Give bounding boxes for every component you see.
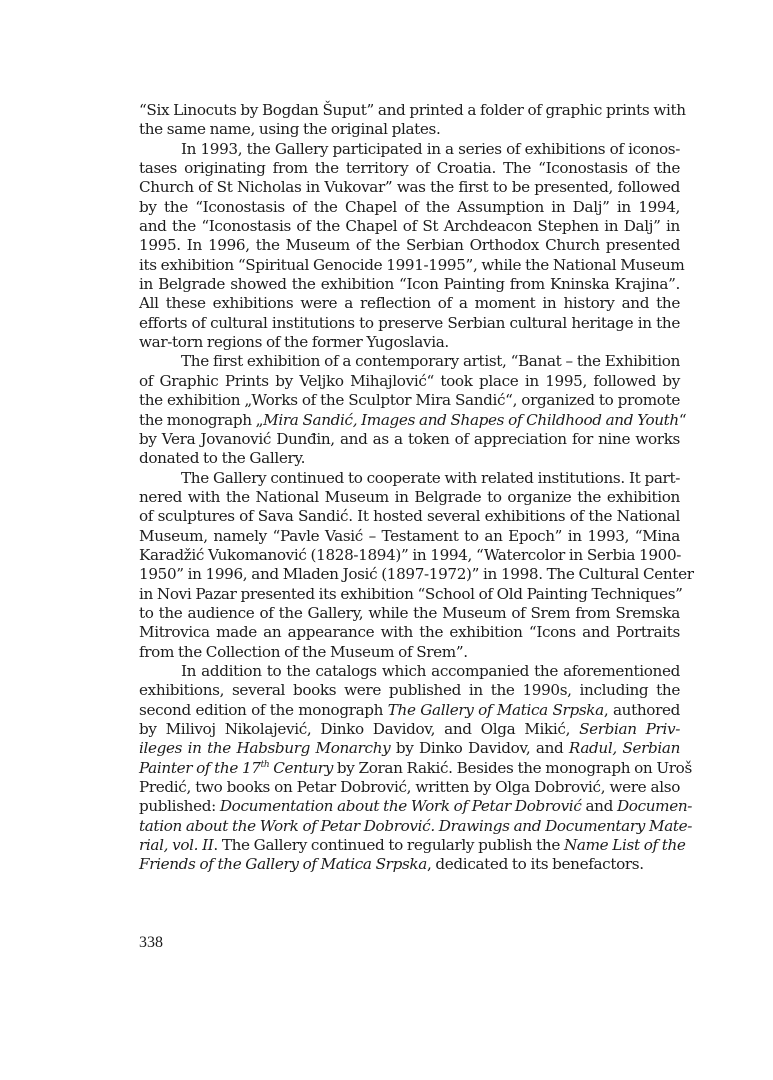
text-segment: Karadžić Vukomanović (1828-1894)” in 199… [139,546,681,564]
text-segment: to the audience of the Gallery, while th… [139,604,680,622]
text-line: donated to the Gallery. [139,449,680,468]
text-line: efforts of cultural institutions to pres… [139,314,680,333]
text-line: “Six Linocuts by Bogdan Šuput” and print… [139,101,680,120]
text-line: Painter of the 17th Century by Zoran Rak… [139,759,680,778]
text-segment: “Six Linocuts by Bogdan Šuput” and print… [139,101,686,119]
italic-title: ileges in the Habsburg Monarchy [139,739,390,757]
italic-title: Documentation about the Work of Petar Do… [220,797,582,815]
italic-title: Name List of the [564,836,686,854]
text-line: All these exhibitions were a reflection … [139,294,680,313]
text-line: tases originating from the territory of … [139,159,680,178]
text-segment: donated to the Gallery. [139,449,305,467]
text-segment: its exhibition “Spiritual Genocide 1991-… [139,256,684,274]
italic-title: Serbian Priv- [579,720,680,738]
text-line: of sculptures of Sava Sandić. It hosted … [139,507,680,526]
text-segment: , authored [604,701,680,719]
text-segment: The Gallery continued to cooperate with … [181,469,680,487]
text-segment: by the “Iconostasis of the Chapel of the… [139,198,680,216]
text-line: The first exhibition of a contemporary a… [139,352,680,371]
text-segment: nered with the National Museum in Belgra… [139,488,680,506]
text-segment: . The Gallery continued to regularly pub… [213,836,564,854]
text-line: Karadžić Vukomanović (1828-1894)” in 199… [139,546,680,565]
italic-title: th [261,760,270,770]
text-segment: Mitrovica made an appearance with the ex… [139,623,680,641]
paragraph: In addition to the catalogs which accomp… [139,662,680,875]
text-line: the same name, using the original plates… [139,120,680,139]
paragraph: “Six Linocuts by Bogdan Šuput” and print… [139,101,680,140]
text-segment: efforts of cultural institutions to pres… [139,314,680,332]
document-page: “Six Linocuts by Bogdan Šuput” and print… [0,0,773,1080]
text-segment: of Graphic Prints by Veljko Mihajlović“ … [139,372,680,390]
text-line: by Milivoj Nikolajević, Dinko Davidov, a… [139,720,680,739]
text-line: In 1993, the Gallery participated in a s… [139,140,680,159]
text-line: in Belgrade showed the exhibition “Icon … [139,275,680,294]
paragraph: The first exhibition of a contemporary a… [139,352,680,468]
italic-title: Mira Sandić, Images and Shapes of Childh… [263,411,679,429]
text-segment: All these exhibitions were a reflection … [139,294,680,312]
italic-title: Friends of the Gallery of Matica Srpska [139,855,427,873]
text-line: 1995. In 1996, the Museum of the Serbian… [139,236,680,255]
text-segment: 1995. In 1996, the Museum of the Serbian… [139,236,680,254]
text-segment: and the “Iconostasis of the Chapel of St… [139,217,680,235]
text-line: Predić, two books on Petar Dobrović, wri… [139,778,680,797]
text-segment: the exhibition „Works of the Sculptor Mi… [139,391,680,409]
text-segment: Church of St Nicholas in Vukovar” was th… [139,178,680,196]
text-line: by the “Iconostasis of the Chapel of the… [139,198,680,217]
page-number: 338 [139,934,163,952]
text-segment: , dedicated to its benefactors. [427,855,644,873]
text-segment: second edition of the monograph [139,701,388,719]
text-line: Church of St Nicholas in Vukovar” was th… [139,178,680,197]
text-line: and the “Iconostasis of the Chapel of St… [139,217,680,236]
text-line: In addition to the catalogs which accomp… [139,662,680,681]
text-segment: by Zoran Rakić. Besides the monograph on… [333,759,692,777]
text-line: the exhibition „Works of the Sculptor Mi… [139,391,680,410]
text-line: of Graphic Prints by Veljko Mihajlović“ … [139,372,680,391]
text-segment: in Novi Pazar presented its exhibition “… [139,585,683,603]
text-segment: exhibitions, several books were publishe… [139,681,680,699]
body-text: “Six Linocuts by Bogdan Šuput” and print… [139,101,680,875]
text-line: published: Documentation about the Work … [139,797,680,816]
text-segment: the monograph „ [139,411,263,429]
text-line: second edition of the monograph The Gall… [139,701,680,720]
text-segment: In 1993, the Gallery participated in a s… [181,140,680,158]
text-segment: in Belgrade showed the exhibition “Icon … [139,275,680,293]
text-segment: Predić, two books on Petar Dobrović, wri… [139,778,680,796]
italic-title: The Gallery of Matica Srpska [388,701,604,719]
text-segment: the same name, using the original plates… [139,120,440,138]
text-segment: The first exhibition of a contemporary a… [181,352,680,370]
italic-title: tation about the Work of Petar Dobrović.… [139,817,692,835]
text-segment: of sculptures of Sava Sandić. It hosted … [139,507,680,525]
text-line: The Gallery continued to cooperate with … [139,469,680,488]
text-segment: from the Collection of the Museum of Sre… [139,643,468,661]
paragraph: In 1993, the Gallery participated in a s… [139,140,680,353]
italic-title: Radul, Serbian [569,739,680,757]
text-line: war-torn regions of the former Yugoslavi… [139,333,680,352]
text-segment: war-torn regions of the former Yugoslavi… [139,333,449,351]
italic-title: Documen- [617,797,692,815]
text-line: rial, vol. II. The Gallery continued to … [139,836,680,855]
italic-title: Century [269,759,333,777]
text-segment: and [581,797,616,815]
text-line: Mitrovica made an appearance with the ex… [139,623,680,642]
text-segment: by Milivoj Nikolajević, Dinko Davidov, a… [139,720,579,738]
text-segment: published: [139,797,220,815]
italic-title: rial, vol. II [139,836,213,854]
text-line: to the audience of the Gallery, while th… [139,604,680,623]
text-line: its exhibition “Spiritual Genocide 1991-… [139,256,680,275]
text-line: from the Collection of the Museum of Sre… [139,643,680,662]
text-segment: “ [679,411,686,429]
text-segment: In addition to the catalogs which accomp… [181,662,680,680]
text-segment: Museum, namely “Pavle Vasić – Testament … [139,527,680,545]
text-line: tation about the Work of Petar Dobrović.… [139,817,680,836]
text-line: exhibitions, several books were publishe… [139,681,680,700]
text-line: nered with the National Museum in Belgra… [139,488,680,507]
italic-title: Painter of the 17 [139,759,261,777]
text-line: the monograph „Mira Sandić, Images and S… [139,411,680,430]
paragraph: The Gallery continued to cooperate with … [139,469,680,662]
text-line: Friends of the Gallery of Matica Srpska,… [139,855,680,874]
text-segment: 1950” in 1996, and Mladen Josić (1897-19… [139,565,694,583]
text-segment: by Vera Jovanović Dunđin, and as a token… [139,430,680,448]
text-line: ileges in the Habsburg Monarchy by Dinko… [139,739,680,758]
text-line: by Vera Jovanović Dunđin, and as a token… [139,430,680,449]
text-segment: tases originating from the territory of … [139,159,680,177]
text-line: Museum, namely “Pavle Vasić – Testament … [139,527,680,546]
text-line: in Novi Pazar presented its exhibition “… [139,585,680,604]
text-line: 1950” in 1996, and Mladen Josić (1897-19… [139,565,680,584]
text-segment: by Dinko Davidov, and [390,739,569,757]
